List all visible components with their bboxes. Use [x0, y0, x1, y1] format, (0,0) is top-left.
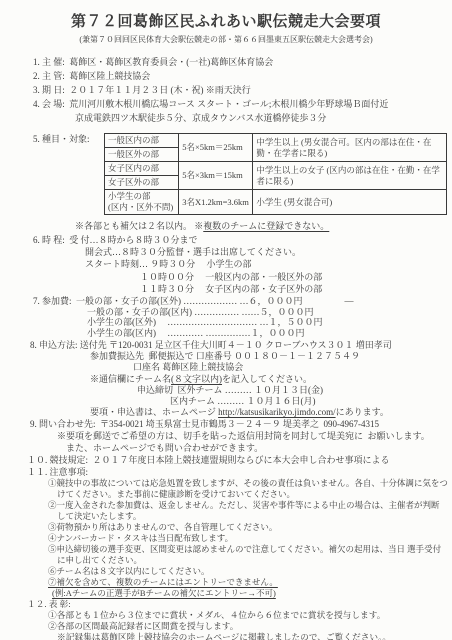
text-line: 申込締切 区外チーム ……… １０月１３日(金)	[0, 385, 452, 396]
text-segment: ③荷物預かり所はありませんので、各自管理してください。	[48, 522, 277, 532]
text-segment: ⑦補欠を含めて、複数のチームにはエントリーできません。	[48, 577, 278, 587]
text-segment: 7. 参加費: 一般の部・女子の部(区外) ……………… …６，０００円	[33, 296, 303, 306]
section-5-label: 5. 種目・対象:	[0, 133, 104, 146]
text-line: 1. 主 催: 葛飾区・葛飾区教育委員会・(一社)葛飾区体育協会	[0, 55, 452, 69]
section-5-events: 5. 種目・対象: 一般区内の部5名×5km＝25km中学生以上 (男女混合可。…	[0, 133, 452, 215]
text-segment: に申し出てください。	[57, 555, 142, 565]
text-line: 8. 申込方法: 送付先 〒120-0031 足立区千住大川町４－１０ クローブ…	[0, 340, 452, 351]
text-segment: 参加費振込先 郵便振込で 口座番号 ００１８０－１－１２７５４９	[90, 351, 360, 361]
text-segment: ※記録集は葛飾区陸上競技協会のホームページに掲載しましたので、ご覧ください。。	[57, 632, 391, 640]
text-line: 一般の部・女子の部(区内) …………… ……５，０００円	[0, 307, 452, 318]
text-segment: 複数のチームに登録できない。	[203, 221, 329, 231]
text-segment: １２. 表 彰:	[27, 599, 71, 609]
table-cell: 女子区内の部	[105, 162, 179, 176]
text-segment: 開会式…８時３０分監督・選手は出席してください。	[85, 247, 301, 257]
text-segment: １０時００分 一般区内の部・一般区外の部	[140, 272, 322, 282]
text-segment: 口座名 葛飾区陸上競技協会	[133, 362, 243, 372]
text-line: 区内チーム ……… １０月１６日(月)	[0, 396, 452, 407]
text-segment: http://katsusikarikyo.jimdo.com/	[218, 407, 336, 417]
text-segment: 8. 申込方法: 送付先 〒120-0031 足立区千住大川町４－１０ クローブ…	[30, 340, 392, 350]
text-segment: 2. 主 管: 葛飾区陸上競技協会	[33, 71, 150, 81]
text-segment: スタート時刻… ９時３０分 小学生の部	[85, 259, 252, 269]
text-segment: ※通信欄にチーム名	[90, 374, 171, 384]
text-line: ①各部とも１位から３位までに賞状・メダル、４位から６位までに賞状を授与します。	[0, 610, 452, 621]
text-line: に申し出てください。	[0, 555, 452, 566]
text-segment: １０. 競技規定: ２０１７年度日本陸上競技連盟規則ならびに本大会申し合わせ事項…	[27, 455, 390, 465]
text-segment: 6. 時 程: 受 付…８時から８時３０分まで	[33, 235, 198, 245]
text-segment: 小学生の部(区内) ………… ……………１，０００円	[87, 328, 305, 338]
page-title: 第７２回葛飾区民ふれあい駅伝競走大会要項	[0, 13, 452, 32]
table-cell: 女子区外の部	[105, 176, 179, 190]
table-cell: 中学生以上 (男女混合可。区内の部は在住・在勤・在学者に限る)	[253, 134, 447, 162]
text-line: 2. 主 管: 葛飾区陸上競技協会	[0, 69, 452, 83]
text-segment: を記入してください。	[222, 374, 312, 384]
text-segment: １１時３０分 女子区内の部・女子区外の部	[140, 284, 322, 294]
text-line: 京成電鉄四ツ木駅徒歩５分、京成タウンバス水道橋停徒歩３分	[0, 111, 452, 125]
table-cell: 中学生以上の女子 (区内の部は在住・在勤・在学者に限る)	[253, 162, 447, 190]
text-line: ※各部とも補欠は２名以内。 ※複数のチームに登録できない。	[0, 220, 452, 232]
text-line: ※記録集は葛飾区陸上競技協会のホームページに掲載しましたので、ご覧ください。。	[0, 632, 452, 640]
text-line: ⑦補欠を含めて、複数のチームにはエントリーできません。	[0, 577, 452, 588]
text-line: ※通信欄にチーム名(８文字以内)を記入してください。	[0, 374, 452, 385]
table-cell: 小学生 (男女混合可)	[253, 190, 447, 215]
text-segment: ※要項を郵送でご希望の方は、切手を貼った返信用封筒を同封して堤美宛に お願いしま…	[57, 431, 430, 441]
text-segment: ②一度入金された参加費は、返金しません。ただし、災害や事件等による中止の場合は、…	[48, 500, 440, 510]
text-line: けてください。また事前に健康診断を受けておいてください。	[0, 489, 452, 500]
text-segment: 区内チーム ……… １０月１６日(月)	[170, 396, 316, 406]
text-line: １０時００分 一般区内の部・一般区外の部	[0, 271, 452, 283]
table-cell: 小学生の部 (区内・区外不問)	[105, 190, 179, 215]
text-segment: 要項・申込書は、ホームページ	[90, 407, 218, 417]
text-line: 口座名 葛飾区陸上競技協会	[0, 362, 452, 373]
text-line: スタート時刻… ９時３０分 小学生の部	[0, 258, 452, 270]
text-line: ③荷物預かり所はありませんので、各自管理してください。	[0, 522, 452, 533]
text-line: (例:Aチームの正選手がBチームの補欠にエントリー→不可)	[0, 588, 452, 599]
text-line: して決定いたします。	[0, 511, 452, 522]
text-segment: ④ナンバーカード・タスキは当日配布致します。	[48, 533, 233, 543]
document-page: 第７２回葛飾区民ふれあい駅伝競走大会要項 (兼第７０回回区民体育大会駅伝競走の部…	[0, 0, 452, 640]
text-segment: 申込締切 区外チーム ……… １０月１３日(金)	[137, 385, 323, 395]
text-segment: (例:Aチームの正選手がBチームの補欠にエントリー→不可)	[52, 588, 276, 598]
text-segment: ⑥チーム名は８文字以内にしてください。	[48, 566, 210, 576]
table-cell: 5名×3km＝15km	[179, 162, 253, 190]
text-line: 開会式…８時３０分監督・選手は出席してください。	[0, 246, 452, 258]
table-cell: 3名X1.2km=3.6km	[179, 190, 253, 215]
table-cell: 一般区内の部	[105, 134, 179, 148]
text-line: ④ナンバーカード・タスキは当日配布致します。	[0, 533, 452, 544]
text-segment: けてください。また事前に健康診断を受けておいてください。	[57, 489, 295, 499]
text-line: 参加費振込先 郵便振込で 口座番号 ００１８０－１－１２７５４９	[0, 351, 452, 362]
text-segment: ①競技中の事故については応急処置を致しますが、その後の責任は負いません。各自、十…	[48, 478, 448, 488]
text-line: 9. 問い合わせ先: 〒354-0021 埼玉県富士見市鶴馬３－２４－９ 堤美孝…	[0, 419, 452, 431]
text-line: 6. 時 程: 受 付…８時から８時３０分まで	[0, 234, 452, 246]
text-line: 3. 期 日: ２０１７年１１月２３日 (木・祝) ※雨天決行	[0, 83, 452, 97]
text-line: ②一度入金された参加費は、返金しません。ただし、災害や事件等による中止の場合は、…	[0, 500, 452, 511]
text-line: 小学生の部(区内) ………… ……………１，０００円	[0, 328, 452, 339]
text-line: １０. 競技規定: ２０１７年度日本陸上競技連盟規則ならびに本大会申し合わせ事項…	[0, 455, 452, 467]
page-subtitle: (兼第７０回回区民体育大会駅伝競走の部・第６６回墨東五区駅伝競走大会選考会)	[0, 34, 452, 45]
text-segment: —	[345, 296, 354, 306]
text-segment: 京成電鉄四ツ木駅徒歩５分、京成タウンバス水道橋停徒歩３分	[75, 113, 326, 123]
text-segment: 3. 期 日: ２０１７年１１月２３日 (木・祝) ※雨天決行	[33, 85, 251, 95]
text-line: １２. 表 彰:	[0, 599, 452, 610]
text-segment: (８文字以内)	[171, 374, 222, 384]
text-segment: ⑤申込締切後の選手変更、区間変更は認めませんので注意してください。補欠の起用は、…	[48, 544, 441, 554]
text-line: １１. 注意事項:	[0, 467, 452, 479]
table-cell: 一般区外の部	[105, 148, 179, 162]
event-category-table: 一般区内の部5名×5km＝25km中学生以上 (男女混合可。区内の部は在住・在勤…	[104, 133, 447, 215]
text-segment: 小学生の部(区外) ………………………… …１，５００円	[87, 317, 323, 327]
text-line: ⑤申込締切後の選手変更、区間変更は認めませんので注意してください。補欠の起用は、…	[0, 544, 452, 555]
text-line: また、ホームページでも問い合わせができます。	[0, 443, 452, 455]
text-segment: にあります。	[336, 407, 389, 417]
text-segment: して決定いたします。	[57, 511, 141, 521]
text-segment: ※各部とも補欠は２名以内。 ※	[75, 221, 203, 231]
text-segment: ①各部とも１位から３位までに賞状・メダル、４位から６位までに賞状を授与します。	[48, 610, 385, 620]
text-line: 要項・申込書は、ホームページ http://katsusikarikyo.jim…	[0, 407, 452, 418]
text-segment: 9. 問い合わせ先: 〒354-0021 埼玉県富士見市鶴馬３－２４－９ 堤美孝…	[30, 419, 379, 429]
document-body-bottom: ※各部とも補欠は２名以内。 ※複数のチームに登録できない。6. 時 程: 受 付…	[0, 220, 452, 640]
text-line: ※要項を郵送でご希望の方は、切手を貼った返信用封筒を同封して堤美宛に お願いしま…	[0, 431, 452, 443]
document-body-top: 1. 主 催: 葛飾区・葛飾区教育委員会・(一社)葛飾区体育協会2. 主 管: …	[0, 55, 452, 125]
text-line: ①競技中の事故については応急処置を致しますが、その後の責任は負いません。各自、十…	[0, 478, 452, 489]
text-line: ⑥チーム名は８文字以内にしてください。	[0, 566, 452, 577]
text-line: １１時３０分 女子区内の部・女子区外の部	[0, 283, 452, 295]
text-line: ②各部の区間最高記録者に区間賞を授与します。	[0, 621, 452, 632]
text-line: 小学生の部(区外) ………………………… …１，５００円	[0, 317, 452, 328]
text-segment: 4. 会 場: 荒川河川敷木根川橋広場コース スタート・ゴール;木根川橋少年野球…	[33, 99, 388, 109]
text-line: 7. 参加費: 一般の部・女子の部(区外) ……………… …６，０００円—	[0, 296, 452, 307]
text-segment: 1. 主 催: 葛飾区・葛飾区教育委員会・(一社)葛飾区体育協会	[33, 57, 273, 67]
text-segment: また、ホームページでも問い合わせができます。	[66, 443, 263, 453]
text-segment: ②各部の区間最高記録者に区間賞を授与します。	[48, 621, 238, 631]
text-segment: １１. 注意事項:	[27, 467, 88, 477]
text-line: 4. 会 場: 荒川河川敷木根川橋広場コース スタート・ゴール;木根川橋少年野球…	[0, 97, 452, 111]
text-segment: 一般の部・女子の部(区内) …………… ……５，０００円	[87, 307, 314, 317]
table-cell: 5名×5km＝25km	[179, 134, 253, 162]
